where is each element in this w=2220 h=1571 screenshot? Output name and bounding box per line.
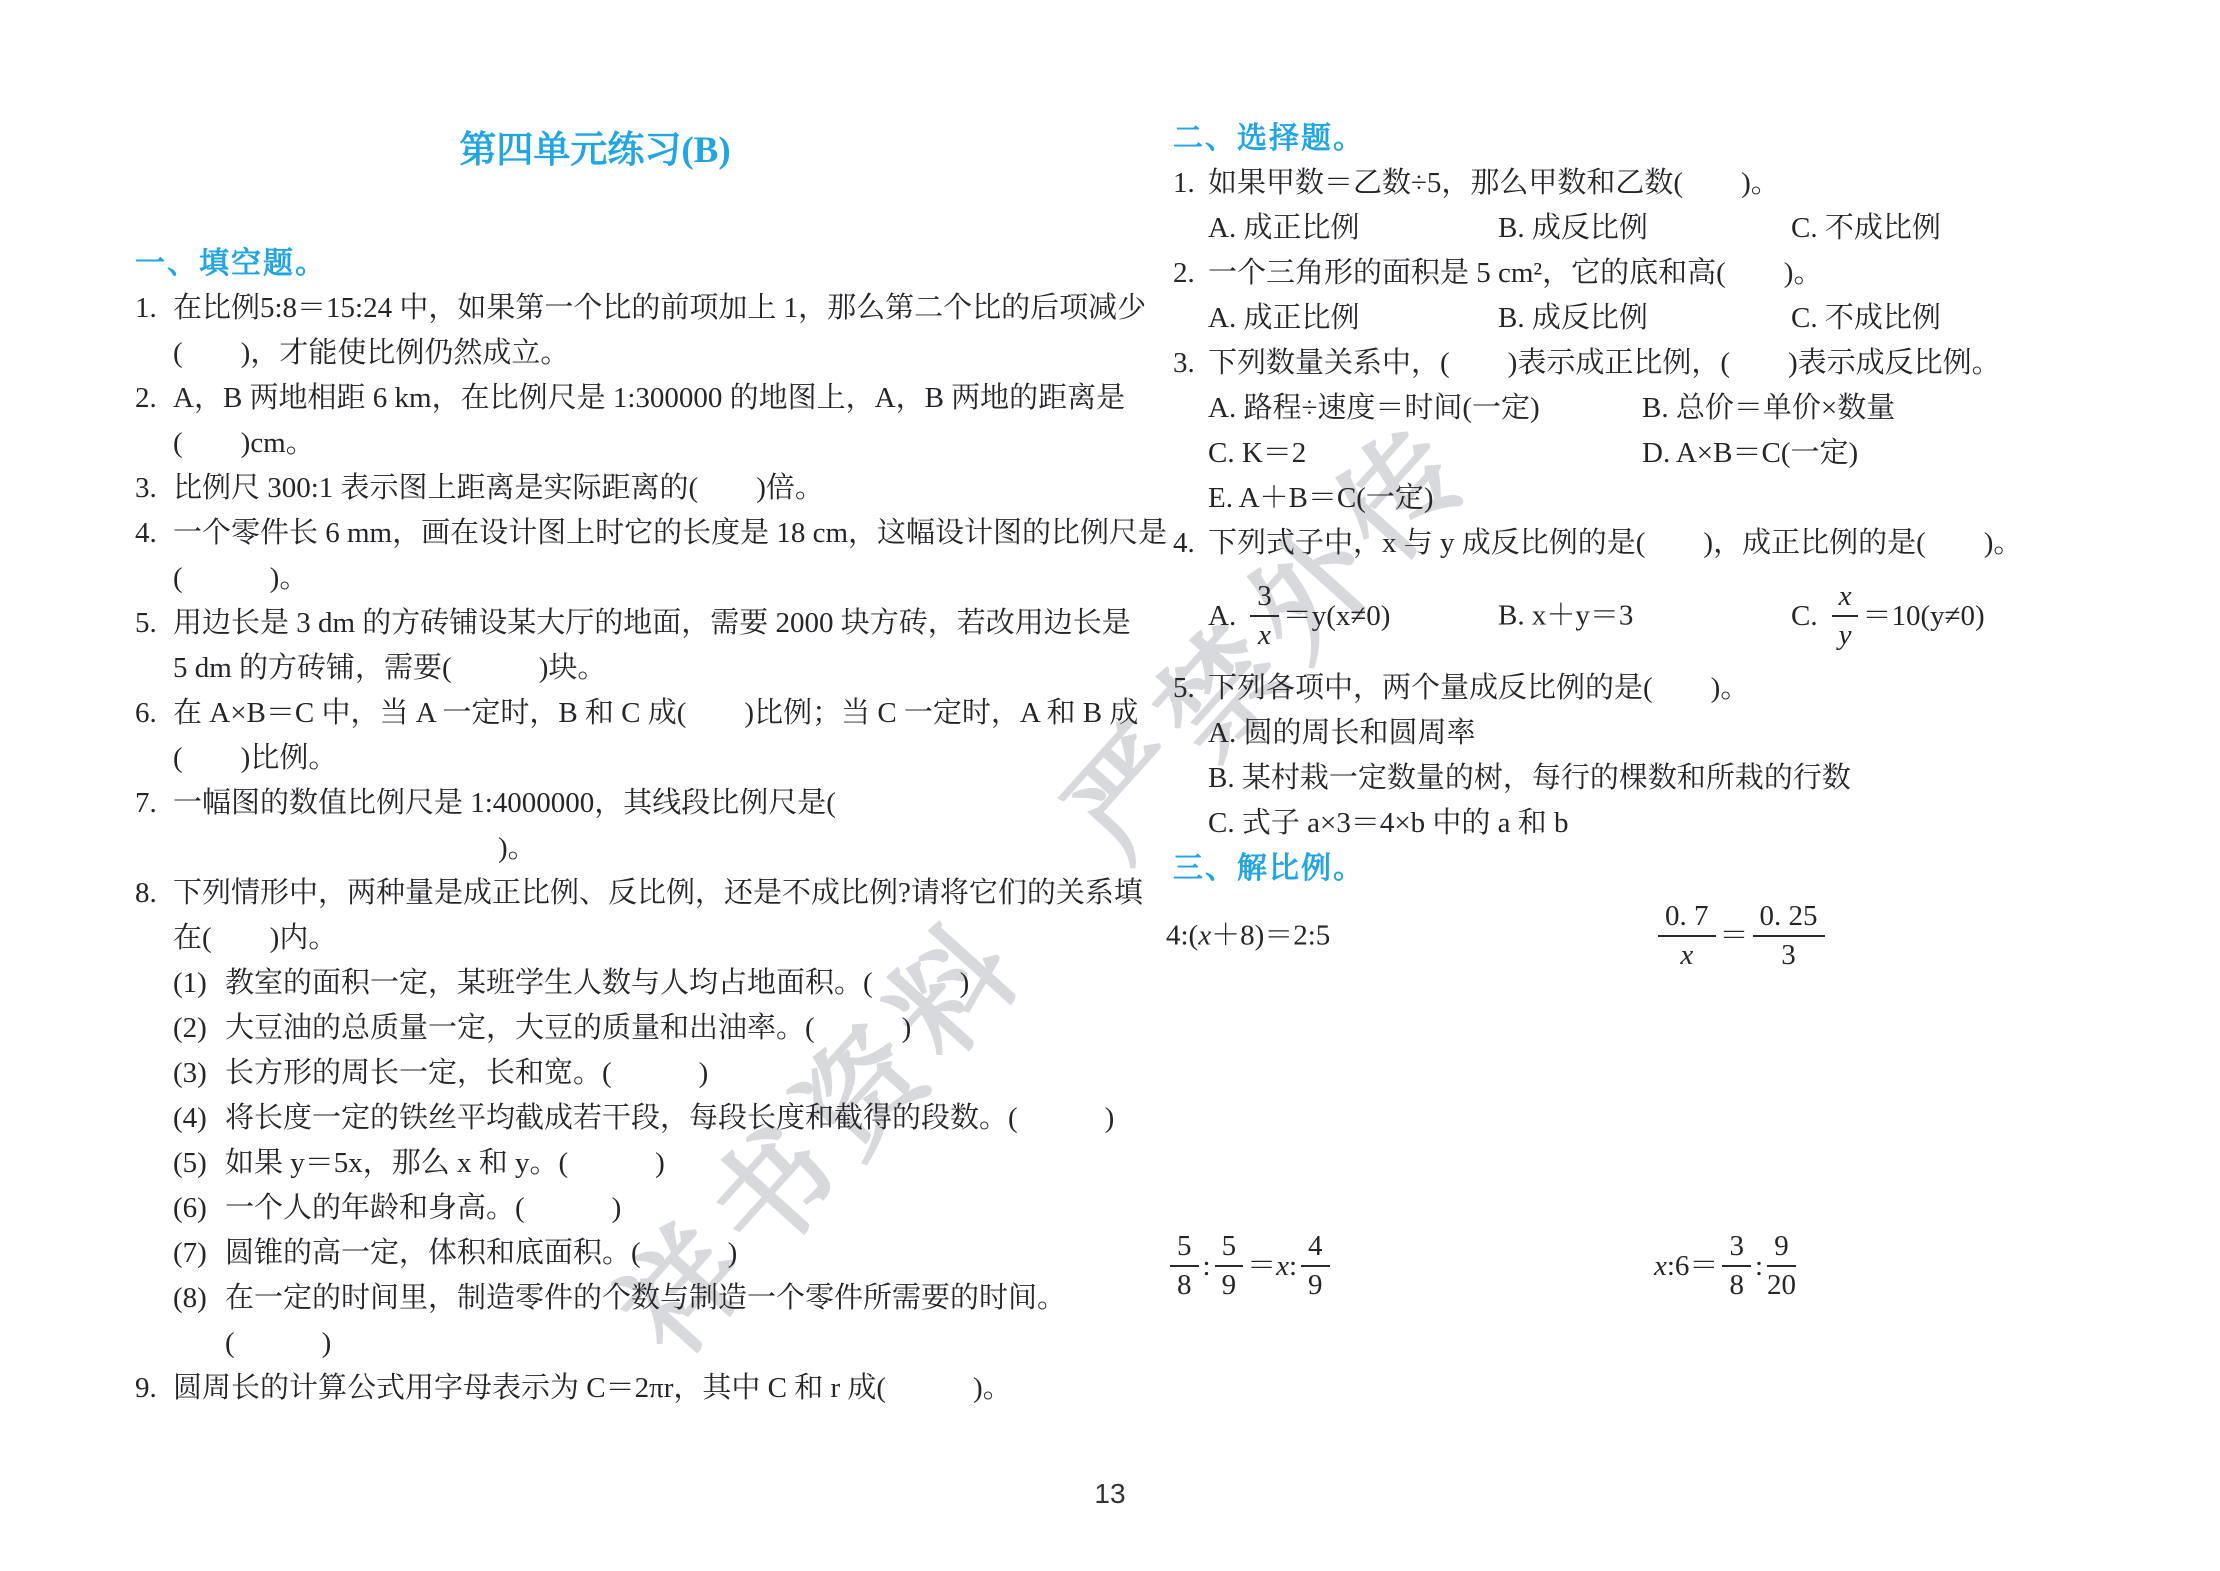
question-line: A，B 两地相距 6 km，在比例尺是 1:300000 的地图上，A，B 两地… — [173, 376, 1085, 421]
equation-1: 4:(x＋8)＝2:5 — [1166, 914, 1330, 959]
option-d: D. A×B＝C(一定) — [1642, 431, 1858, 476]
option-a: A. 成正比例 — [1208, 206, 1359, 251]
fraction-denominator: 9 — [1301, 1267, 1330, 1301]
sub-blank-line: ( ) — [225, 1321, 1085, 1366]
equation-4: x:6＝ 3 8 : 9 20 — [1654, 1231, 1800, 1301]
fraction-numerator: 4 — [1301, 1231, 1330, 1267]
option-a: A. 3 x ＝y(x≠0) — [1208, 581, 1390, 651]
fill-question-7: 7. 一幅图的数值比例尺是 1:4000000，其线段比例尺是( )。 — [135, 781, 1085, 871]
question-number: 1. — [1173, 161, 1208, 206]
worksheet-page: 祥书资料 严禁外传 第四单元练习(B) 一、填空题。 1. 在比例5:8＝15:… — [0, 0, 2220, 1571]
fraction: 5 9 — [1215, 1231, 1244, 1301]
sub-text: 大豆油的总质量一定，大豆的质量和出油率。( ) — [225, 1006, 1085, 1051]
fill-question-4: 4. 一个零件长 6 mm，画在设计图上时它的长度是 18 cm，这幅设计图的比… — [135, 511, 1085, 601]
question-line: 如果甲数＝乙数÷5，那么甲数和乙数( )。 — [1208, 161, 2173, 206]
question-line: 下列数量关系中，( )表示成正比例，( )表示成反比例。 — [1208, 341, 2173, 386]
fraction: 5 8 — [1170, 1231, 1199, 1301]
option-formula: ＝y(x≠0) — [1283, 594, 1391, 639]
question-number: 4. — [1173, 521, 1208, 566]
option-label: A. — [1208, 594, 1236, 639]
question-number: 2. — [135, 376, 173, 421]
fraction: 4 9 — [1301, 1231, 1330, 1301]
question-line: 5 dm 的方砖铺，需要( )块。 — [173, 646, 1085, 691]
fill-q8-sub-7: (7) 圆锥的高一定，体积和底面积。( ) — [173, 1231, 1085, 1276]
fill-q8-sub-3: (3) 长方形的周长一定，长和宽。( ) — [173, 1051, 1085, 1096]
page-title: 第四单元练习(B) — [135, 119, 1055, 173]
option-b: B. 某村栽一定数量的树，每行的棵数和所栽的行数 — [1208, 756, 2173, 801]
question-number: 1. — [135, 286, 173, 331]
sub-number: (3) — [173, 1051, 225, 1096]
question-line: 在( )内。 — [173, 916, 1085, 961]
fraction-denominator: y — [1832, 617, 1859, 651]
option-b: B. 成反比例 — [1498, 296, 1648, 341]
fraction-numerator: 0. 7 — [1658, 901, 1716, 937]
sub-number: (2) — [173, 1006, 225, 1051]
equals-sign: ＝ — [1720, 914, 1749, 959]
choice-q3-options-row2: C. K＝2 D. A×B＝C(一定) — [1208, 431, 2173, 476]
fill-q8-sub-6: (6) 一个人的年龄和身高。( ) — [173, 1186, 1085, 1231]
ratio-colon: : — [1203, 1244, 1211, 1289]
equation-3: 5 8 : 5 9 ＝ x : 4 9 — [1166, 1231, 1334, 1301]
equation-part: ＋8)＝2:5 — [1211, 914, 1330, 959]
sub-text: 长方形的周长一定，长和宽。( ) — [225, 1051, 1085, 1096]
choice-q2-options: A. 成正比例 B. 成反比例 C. 不成比例 — [1208, 296, 2173, 341]
fill-q8-sub-5: (5) 如果 y＝5x，那么 x 和 y。( ) — [173, 1141, 1085, 1186]
sub-number: (6) — [173, 1186, 225, 1231]
fraction-denominator: 8 — [1722, 1267, 1751, 1301]
section-heading-solve: 三、解比例。 — [1173, 846, 2173, 891]
ratio-colon: : — [1289, 1244, 1297, 1289]
option-b: B. 成反比例 — [1498, 206, 1648, 251]
question-number: 5. — [1173, 666, 1208, 711]
solve-equation-row-1: 4:(x＋8)＝2:5 0. 7 x ＝ 0. 25 3 — [1166, 891, 2173, 981]
option-a: A. 路程÷速度＝时间(一定) — [1208, 386, 1540, 431]
question-number: 5. — [135, 601, 173, 646]
question-line: ( )。 — [173, 556, 1085, 601]
choice-q3-options-row1: A. 路程÷速度＝时间(一定) B. 总价＝单价×数量 — [1208, 386, 2173, 431]
sub-number: (5) — [173, 1141, 225, 1186]
question-number: 3. — [1173, 341, 1208, 386]
question-line: 在比例5:8＝15:24 中，如果第一个比的前项加上 1，那么第二个比的后项减少 — [173, 286, 1085, 331]
variable-x: x — [1654, 1244, 1667, 1289]
sub-text: 一个人的年龄和身高。( ) — [225, 1186, 1085, 1231]
question-line: ( )比例。 — [173, 736, 1085, 781]
fraction-numerator: 9 — [1767, 1231, 1796, 1267]
fraction-numerator: 0. 25 — [1753, 901, 1825, 937]
left-column: 一、填空题。 1. 在比例5:8＝15:24 中，如果第一个比的前项加上 1，那… — [135, 241, 1085, 1411]
question-number: 9. — [135, 1366, 173, 1411]
option-a: A. 圆的周长和圆周率 — [1208, 711, 2173, 756]
equation-part: 4:( — [1166, 914, 1198, 959]
fraction: 3 8 — [1722, 1231, 1751, 1301]
fraction-denominator: 3 — [1753, 937, 1825, 971]
option-c: C. 不成比例 — [1791, 206, 1941, 251]
fill-question-5: 5. 用边长是 3 dm 的方砖铺设某大厅的地面，需要 2000 块方砖，若改用… — [135, 601, 1085, 691]
fill-q8-sub-8: (8) 在一定的时间里，制造零件的个数与制造一个零件所需要的时间。 ( ) — [173, 1276, 1085, 1366]
fraction: x y — [1832, 581, 1859, 651]
question-line: 用边长是 3 dm 的方砖铺设某大厅的地面，需要 2000 块方砖，若改用边长是 — [173, 601, 1085, 646]
choice-q1-options: A. 成正比例 B. 成反比例 C. 不成比例 — [1208, 206, 2173, 251]
option-b: B. 总价＝单价×数量 — [1642, 386, 1895, 431]
fill-q8-sub-1: (1) 教室的面积一定，某班学生人数与人均占地面积。( ) — [173, 961, 1085, 1006]
question-line: 一幅图的数值比例尺是 1:4000000，其线段比例尺是( — [173, 781, 1085, 826]
variable-x: x — [1276, 1244, 1289, 1289]
question-number: 4. — [135, 511, 173, 556]
equation-part: :6＝ — [1667, 1244, 1719, 1289]
fill-q8-sub-2: (2) 大豆油的总质量一定，大豆的质量和出油率。( ) — [173, 1006, 1085, 1051]
choice-question-1: 1. 如果甲数＝乙数÷5，那么甲数和乙数( )。 A. 成正比例 B. 成反比例… — [1173, 161, 2173, 251]
right-column: 二、选择题。 1. 如果甲数＝乙数÷5，那么甲数和乙数( )。 A. 成正比例 … — [1173, 116, 2173, 1311]
choice-question-2: 2. 一个三角形的面积是 5 cm²，它的底和高( )。 A. 成正比例 B. … — [1173, 251, 2173, 341]
sub-text: 在一定的时间里，制造零件的个数与制造一个零件所需要的时间。 — [225, 1276, 1085, 1321]
question-number: 6. — [135, 691, 173, 736]
option-label: C. — [1791, 594, 1818, 639]
fraction-denominator: 20 — [1767, 1267, 1796, 1301]
section-heading-choice: 二、选择题。 — [1173, 116, 2173, 161]
fill-question-1: 1. 在比例5:8＝15:24 中，如果第一个比的前项加上 1，那么第二个比的后… — [135, 286, 1085, 376]
sub-text: 圆锥的高一定，体积和底面积。( ) — [225, 1231, 1085, 1276]
fraction-denominator: x — [1658, 937, 1716, 971]
section-heading-fill-in: 一、填空题。 — [135, 241, 1085, 286]
question-number: 2. — [1173, 251, 1208, 296]
option-a: A. 成正比例 — [1208, 296, 1359, 341]
sub-text: 教室的面积一定，某班学生人数与人均占地面积。( ) — [225, 961, 1085, 1006]
sub-number: (8) — [173, 1276, 225, 1366]
fraction-denominator: 9 — [1215, 1267, 1244, 1301]
question-line: 一个三角形的面积是 5 cm²，它的底和高( )。 — [1208, 251, 2173, 296]
sub-number: (1) — [173, 961, 225, 1006]
equation-2: 0. 7 x ＝ 0. 25 3 — [1654, 901, 1829, 971]
question-line: ( )cm。 — [173, 421, 1085, 466]
option-c: C. 式子 a×3＝4×b 中的 a 和 b — [1208, 801, 2173, 846]
fraction-numerator: 5 — [1215, 1231, 1244, 1267]
option-e: E. A＋B＝C(一定) — [1208, 476, 2173, 521]
fraction-numerator: 3 — [1250, 581, 1279, 617]
choice-question-5: 5. 下列各项中，两个量成反比例的是( )。 A. 圆的周长和圆周率 B. 某村… — [1173, 666, 2173, 846]
fill-question-9: 9. 圆周长的计算公式用字母表示为 C＝2πr，其中 C 和 r 成( )。 — [135, 1366, 1085, 1411]
page-number: 13 — [0, 1478, 2220, 1510]
sub-text: 将长度一定的铁丝平均截成若干段，每段长度和截得的段数。( ) — [225, 1096, 1114, 1141]
fill-q8-sub-4: (4) 将长度一定的铁丝平均截成若干段，每段长度和截得的段数。( ) — [173, 1096, 1085, 1141]
fill-question-8: 8. 下列情形中，两种量是成正比例、反比例，还是不成比例?请将它们的关系填 在(… — [135, 871, 1085, 1366]
choice-q4-options: A. 3 x ＝y(x≠0) B. x＋y＝3 C. x y — [1208, 566, 2173, 666]
fraction-numerator: 3 — [1722, 1231, 1751, 1267]
fraction-denominator: 8 — [1170, 1267, 1199, 1301]
fraction: 0. 7 x — [1658, 901, 1716, 971]
question-number: 8. — [135, 871, 173, 916]
sub-text: 如果 y＝5x，那么 x 和 y。( ) — [225, 1141, 1085, 1186]
question-line: 在 A×B＝C 中，当 A 一定时，B 和 C 成( )比例；当 C 一定时，A… — [173, 691, 1085, 736]
sub-number: (7) — [173, 1231, 225, 1276]
solve-equation-row-2: 5 8 : 5 9 ＝ x : 4 9 x:6＝ 3 — [1166, 1221, 2173, 1311]
question-line: )。 — [173, 826, 1085, 871]
choice-question-4: 4. 下列式子中，x 与 y 成反比例的是( )，成正比例的是( )。 A. 3… — [1173, 521, 2173, 666]
fill-question-6: 6. 在 A×B＝C 中，当 A 一定时，B 和 C 成( )比例；当 C 一定… — [135, 691, 1085, 781]
fill-question-2: 2. A，B 两地相距 6 km，在比例尺是 1:300000 的地图上，A，B… — [135, 376, 1085, 466]
option-c: C. K＝2 — [1208, 431, 1306, 476]
variable-x: x — [1198, 914, 1211, 959]
option-c: C. 不成比例 — [1791, 296, 1941, 341]
option-b: B. x＋y＝3 — [1498, 594, 1633, 639]
question-line: 下列情形中，两种量是成正比例、反比例，还是不成比例?请将它们的关系填 — [173, 871, 1085, 916]
question-line: 一个零件长 6 mm，画在设计图上时它的长度是 18 cm，这幅设计图的比例尺是 — [173, 511, 1085, 556]
fraction-numerator: 5 — [1170, 1231, 1199, 1267]
fraction: 3 x — [1250, 581, 1279, 651]
blank-work-space — [1173, 981, 2173, 1221]
question-line: 下列式子中，x 与 y 成反比例的是( )，成正比例的是( )。 — [1208, 521, 2173, 566]
option-formula: ＝10(y≠0) — [1862, 594, 1984, 639]
question-line: 下列各项中，两个量成反比例的是( )。 — [1208, 666, 2173, 711]
fill-question-3: 3. 比例尺 300:1 表示图上距离是实际距离的( )倍。 — [135, 466, 1085, 511]
fraction: 9 20 — [1767, 1231, 1796, 1301]
question-number: 3. — [135, 466, 173, 511]
question-number: 7. — [135, 781, 173, 826]
ratio-colon: : — [1755, 1244, 1763, 1289]
option-c: C. x y ＝10(y≠0) — [1791, 581, 1985, 651]
question-line: 圆周长的计算公式用字母表示为 C＝2πr，其中 C 和 r 成( )。 — [173, 1366, 1085, 1411]
question-line: ( )，才能使比例仍然成立。 — [173, 331, 1085, 376]
question-line: 比例尺 300:1 表示图上距离是实际距离的( )倍。 — [173, 466, 1085, 511]
equals-sign: ＝ — [1247, 1244, 1276, 1289]
fraction-numerator: x — [1832, 581, 1859, 617]
choice-question-3: 3. 下列数量关系中，( )表示成正比例，( )表示成反比例。 A. 路程÷速度… — [1173, 341, 2173, 521]
fraction-denominator: x — [1250, 617, 1279, 651]
fraction: 0. 25 3 — [1753, 901, 1825, 971]
sub-number: (4) — [173, 1096, 225, 1141]
